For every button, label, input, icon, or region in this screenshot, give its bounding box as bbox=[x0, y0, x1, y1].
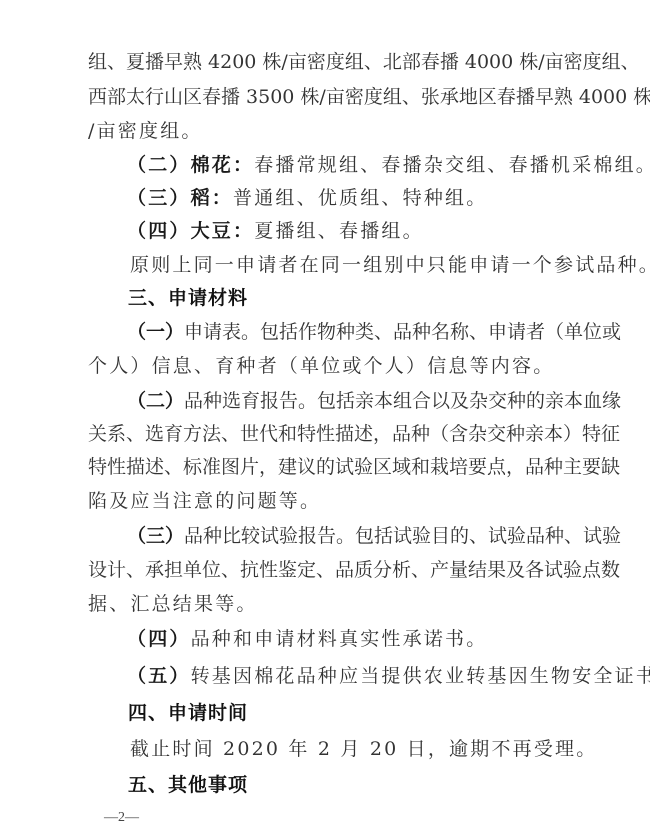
item-label: （二） bbox=[127, 390, 184, 412]
item-text: 品种比较试验报告。包括试验目的、试验品种、试验 bbox=[184, 525, 621, 547]
section-heading-materials: 三、申请材料 bbox=[128, 286, 648, 310]
paragraph-line: 据、汇总结果等。 bbox=[88, 592, 608, 616]
materials-item-5: （五）转基因棉花品种应当提供农业转基因生物安全证书。 bbox=[127, 664, 647, 688]
soybean-item: （四）大豆：夏播组、春播组。 bbox=[127, 219, 647, 243]
section-heading-other-matters: 五、其他事项 bbox=[128, 773, 648, 797]
cotton-label: （二）棉花： bbox=[127, 154, 254, 176]
materials-item-3: （三）品种比较试验报告。包括试验目的、试验品种、试验 bbox=[127, 524, 608, 548]
rice-text: 普通组、优质组、特种组。 bbox=[233, 187, 487, 209]
paragraph-line: 个人）信息、育种者（单位或个人）信息等内容。 bbox=[88, 354, 608, 378]
principle-text: 原则上同一申请者在同一组别中只能申请一个参试品种。 bbox=[130, 253, 650, 277]
paragraph-line: 设计、承担单位、抗性鉴定、品质分析、产量结果及各试验点数 bbox=[88, 558, 608, 582]
item-text: 品种选育报告。包括亲本组合以及杂交种的亲本血缘 bbox=[184, 390, 621, 412]
paragraph-line: 特性描述、标准图片，建议的试验区域和栽培要点，品种主要缺 bbox=[88, 455, 608, 479]
page-number: —2— bbox=[104, 810, 139, 826]
soybean-label: （四）大豆： bbox=[127, 220, 254, 242]
soybean-text: 夏播组、春播组。 bbox=[254, 220, 424, 242]
section-heading-application-time: 四、申请时间 bbox=[128, 701, 648, 725]
materials-item-4: （四）品种和申请材料真实性承诺书。 bbox=[127, 627, 647, 651]
materials-item-1: （一）申请表。包括作物种类、品种名称、申请者（单位或 bbox=[127, 320, 608, 344]
paragraph-line: 关系、选育方法、世代和特性描述，品种（含杂交种亲本）特征 bbox=[88, 422, 608, 446]
materials-item-2: （二）品种选育报告。包括亲本组合以及杂交种的亲本血缘 bbox=[127, 389, 608, 413]
item-label: （三） bbox=[127, 525, 184, 547]
document-page: 组、夏播早熟 4200 株/亩密度组、北部春播 4000 株/亩密度组、 西部太… bbox=[0, 0, 650, 838]
cotton-text: 春播常规组、春播杂交组、春播机采棉组。 bbox=[254, 154, 650, 176]
paragraph-line: 西部太行山区春播 3500 株/亩密度组、张承地区春播早熟 4000 株 bbox=[88, 85, 608, 109]
item-label: （五） bbox=[127, 665, 191, 687]
paragraph-line: /亩密度组。 bbox=[88, 119, 608, 143]
deadline-text: 截止时间 2020 年 2 月 20 日，逾期不再受理。 bbox=[130, 737, 650, 761]
cotton-item: （二）棉花：春播常规组、春播杂交组、春播机采棉组。 bbox=[127, 153, 647, 177]
paragraph-line: 陷及应当注意的问题等。 bbox=[88, 489, 608, 513]
item-label: （一） bbox=[127, 321, 184, 343]
item-label: （四） bbox=[127, 628, 191, 650]
rice-item: （三）稻：普通组、优质组、特种组。 bbox=[127, 186, 647, 210]
rice-label: （三）稻： bbox=[127, 187, 233, 209]
paragraph-line: 组、夏播早熟 4200 株/亩密度组、北部春播 4000 株/亩密度组、 bbox=[88, 50, 608, 74]
item-text: 申请表。包括作物种类、品种名称、申请者（单位或 bbox=[184, 321, 621, 343]
item-text: 转基因棉花品种应当提供农业转基因生物安全证书。 bbox=[191, 665, 650, 687]
item-text: 品种和申请材料真实性承诺书。 bbox=[191, 628, 488, 650]
